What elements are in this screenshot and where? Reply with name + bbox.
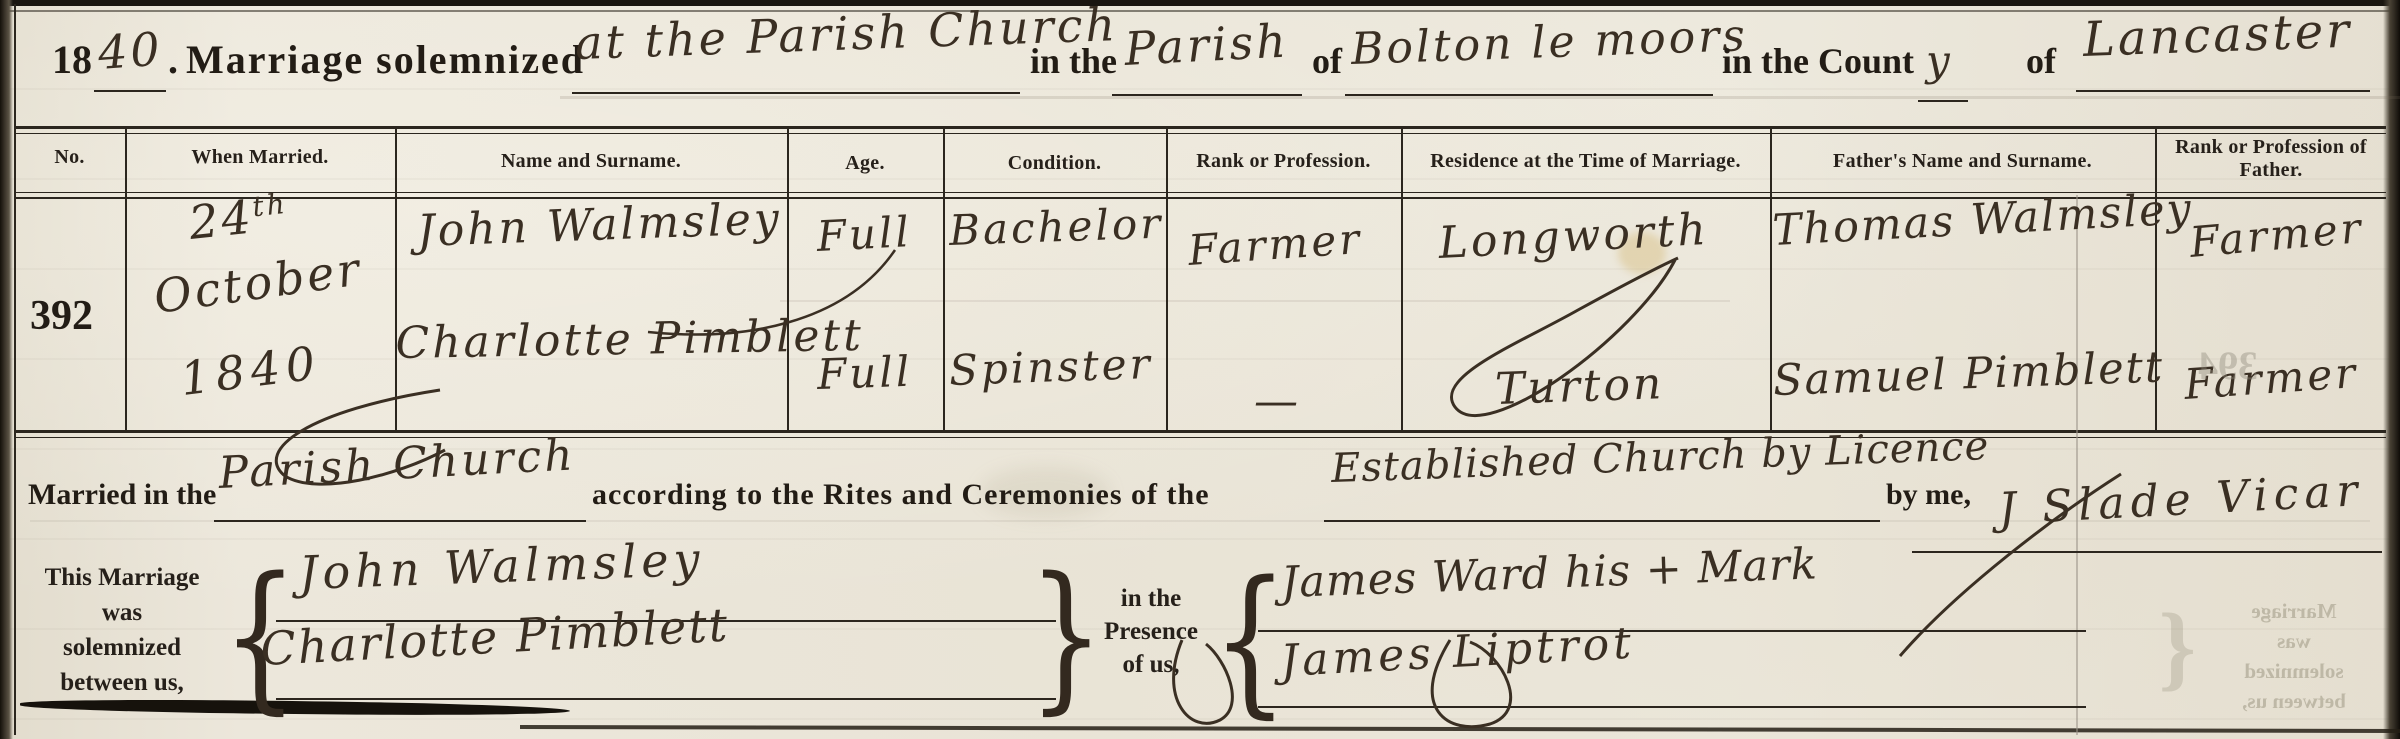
of-label: of [1312,40,1342,82]
ink-flourish-longworth-loop [1430,252,1680,452]
col-header-name: Name and Surname. [395,150,787,173]
bleedthrough-attestation-echo: Marriage was solemnized between us, [2210,596,2378,716]
bleedthrough-brace: { [2159,600,2196,695]
col-header-no: No. [14,146,125,169]
attestation-label-line: solemnized [16,630,228,665]
col-header-condition: Condition. [943,152,1166,175]
entry-day-suffix: th [251,187,290,224]
county-y-underline [1918,100,1968,102]
groom-rank: Farmer [1187,214,1364,275]
witness1-signature: James Ward his + Mark [1280,539,1818,608]
bleedthrough-echo-line: was [2210,626,2378,656]
county-underline [2076,90,2370,92]
rites-label: according to the Rites and Ceremonies of… [592,478,1210,512]
ink-flourish-walmsley-tail [640,238,900,348]
col-header-father-rank: Rank or Profession of Father. [2158,136,2384,182]
bride-age: Full [816,347,913,399]
col-header-father-name: Father's Name and Surname. [1770,150,2155,173]
county-y-handwritten: y [1926,36,1953,85]
col-header-rank: Rank or Profession. [1166,150,1401,173]
bleedthrough-echo-line: solemnized [2210,656,2378,686]
parish-name-handwritten: Bolton le moors [1350,10,1748,75]
year-underline [94,90,166,92]
bleedthrough-number: 394 [2198,342,2258,389]
page-rule-top [0,10,2400,12]
year-printed: 18 [52,36,92,83]
bride-signature-line [276,698,1056,700]
scan-streak [560,96,2400,99]
entry-number: 392 [30,292,93,340]
marriage-register-page: 18 40 . Marriage solemnized at the Paris… [0,0,2400,739]
place-underline [572,92,1020,94]
county-handwritten: Lancaster [2082,3,2353,68]
parish-name-underline [1345,94,1713,96]
col-header-age: Age. [787,152,943,175]
table-border-top-inner [14,133,2386,134]
bride-condition: Spinster [948,339,1153,395]
bleedthrough-echo-line: Marriage [2210,596,2378,626]
page-edge-left [0,0,13,739]
presence-label-line: in the [1092,582,1210,615]
page-title: Marriage solemnized [186,36,585,83]
attestation-label: This Marriage was solemnized between us, [16,560,228,700]
attestation-label-line: This Marriage [16,560,228,595]
year-handwritten: 40 [96,22,164,80]
parish-handwritten: Parish [1123,13,1290,76]
bleedthrough-echo-line: between us, [2210,686,2378,716]
col-header-residence: Residence at the Time of Marriage. [1401,150,1770,173]
attestation-label-line: was [16,595,228,630]
attestation-label-line: between us, [16,665,228,700]
bride-father-name: Samuel Pimblett [1772,342,2165,406]
groom-father-rank: Farmer [2188,203,2366,267]
entry-month: October [150,241,365,324]
of-label-2: of [2026,40,2056,82]
column-divider [125,126,127,431]
groom-signature: John Walmsley [298,532,705,600]
table-border-top [14,126,2386,129]
in-the-label: in the [1030,40,1117,82]
parish-underline [1112,94,1302,96]
bride-signature: Charlotte Pimblett [259,598,730,676]
page-edge-right [2383,0,2400,739]
married-in-the-label: Married in the [28,478,216,512]
ink-flourish-liptrot-loops [1150,640,1580,738]
col-header-when-married: When Married. [125,146,395,169]
page-edge-top [0,0,2400,6]
ink-flourish-officiant-j [1895,468,2125,663]
entry-day: 24th [186,186,291,250]
denomination-underline [1324,520,1880,522]
county-label: in the Count [1722,40,1914,82]
groom-father-name: Thomas Walmsley [1771,184,2194,256]
title-period: . [168,36,178,83]
groom-condition: Bachelor [948,199,1164,255]
entry-day-number: 24 [186,190,256,250]
church-underline [214,520,586,522]
bride-rank-dash: — [1254,376,1301,427]
